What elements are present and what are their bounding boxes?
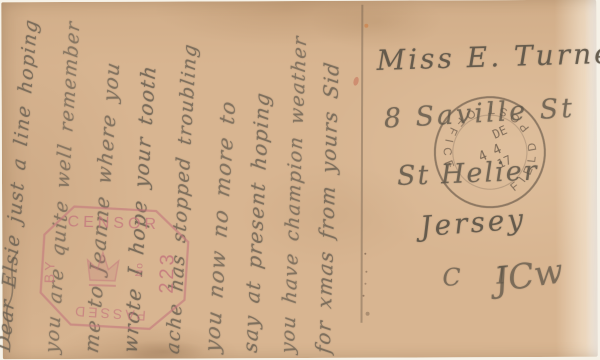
censor-word-top: CENSOR: [67, 213, 160, 233]
address-island: Jersey: [419, 202, 527, 243]
message-area: Dear Elsie just a line hoping you are qu…: [1, 0, 596, 2]
orange-speck: [364, 24, 368, 28]
red-speck: [353, 76, 360, 86]
postcard: Dear Elsie just a line hoping you are qu…: [1, 0, 598, 359]
message-line-7: say at present hoping: [238, 90, 274, 354]
censor-word-bottom: PASSED: [72, 303, 147, 324]
message-line-9: for xmas from yours Sid: [311, 60, 344, 355]
censor-stamp: CENSOR BY PASSED No 223: [36, 201, 192, 338]
censor-number: 223: [156, 251, 179, 294]
message-line-8: you have champion weather: [277, 34, 311, 355]
recipient-name: Miss E. Turney: [376, 36, 600, 77]
pencil-flourish: [2, 250, 20, 342]
censor-initials: JCw: [492, 251, 566, 300]
censor-word-left: BY: [41, 258, 58, 283]
censor-number-label: No: [134, 262, 145, 277]
address-town: St Helier: [396, 155, 539, 192]
ink-speck-cluster: [364, 253, 366, 255]
crown-icon: [87, 252, 119, 286]
divider-line: [361, 5, 363, 323]
address-block: Miss E. Turney 8 Saville St St Helier Je…: [1, 0, 596, 2]
message-line-6: you now no more to: [200, 98, 240, 354]
